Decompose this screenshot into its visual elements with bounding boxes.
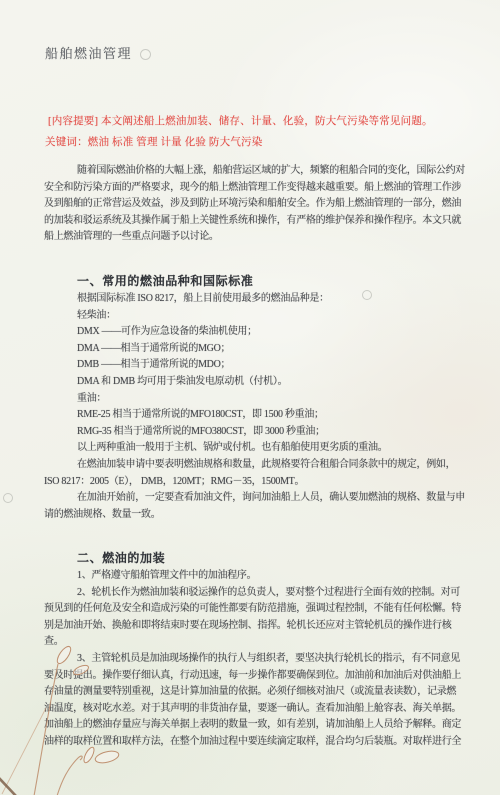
scan-ring-artifact (3, 493, 13, 503)
body-line: 请的燃油规格、数量一致。 (44, 507, 465, 524)
stem-icon (57, 756, 82, 795)
body-line: 在燃油加装申请中要表明燃油规格和数量，此规格要符合租船合同条款中的规定，例如， (44, 457, 465, 474)
section-fuel-types: 一、常用的燃油品种和国际标准 根据国际标准 ISO 8217，船上目前使用最多的… (44, 271, 465, 523)
body-line: DMB ——相当于通常所说的MDO； (44, 357, 465, 374)
abstract-keywords-block: [内容提要] 本文阐述船上燃油加装、储存、计量、化验，防大气污染等常见问题。 关… (45, 111, 433, 153)
keywords-line: 关键词：燃油 标准 管理 计量 化验 防大气污染 (45, 132, 433, 153)
intro-line: 及到船舶的正常营运及效益，涉及到防止环境污染和船舶安全。作为船上燃油管理的一部分… (44, 196, 465, 213)
body-line: DMA 和 DMB 均可用于柴油发电原动机（付机）。 (44, 374, 465, 391)
body-line: RME-25 相当于通常所说的MFO180CST，即 1500 秒重油； (44, 407, 465, 424)
intro-line: 船上燃油管理的一些重点问题予以讨论。 (44, 229, 465, 246)
stem-icon (34, 664, 58, 795)
intro-line: 的加装和驳运系统及其操作属于船上关键性系统和操作，有严格的维护保养和操作程序。本… (44, 213, 465, 230)
section1-heading: 一、常用的燃油品种和国际标准 (44, 271, 465, 291)
body-line: ISO 8217：2005（E）， DMB，120MT；RMG－35，1500M… (44, 474, 465, 491)
abstract-line: [内容提要] 本文阐述船上燃油加装、储存、计量、化验，防大气污染等常见问题。 (45, 111, 433, 132)
leaf-icon (55, 644, 73, 665)
body-line: 预见到的任何危及安全和造成污染的可能性都要有防范措施，强调过程控制，不能有任何松… (44, 601, 461, 618)
intro-paragraph: 随着国际燃油价格的大幅上涨，船舶营运区域的扩大，频繁的租船合同的变化，国际公约对… (44, 163, 465, 246)
body-line: 2、轮机长作为燃油加装和驳运操作的总负责人，要对整个过程进行全面有效的控制。对可 (44, 585, 461, 602)
leaf-icon (82, 746, 96, 764)
section2-heading: 二、燃油的加装 (44, 548, 461, 568)
body-line: 1、严格遵守船舶管理文件中的加油程序。 (44, 568, 461, 585)
page-title: 船舶燃油管理 (45, 43, 132, 62)
body-line: 在加油开始前，一定要查看加油文件，询问加油船上人员，确认要加燃油的规格、数量与申 (44, 490, 465, 507)
body-line: 轻柴油： (44, 308, 465, 325)
scan-ring-artifact (140, 49, 151, 60)
leaf-icon (94, 749, 120, 765)
body-line: DMA ——相当于通常所说的MGO； (44, 341, 465, 358)
body-line: 以上两种重油一般用于主机、锅炉或付机。也有船舶使用更劣质的重油。 (44, 440, 465, 457)
body-line: 重油： (44, 391, 465, 408)
body-line: 根据国际标准 ISO 8217，船上目前使用最多的燃油品种是： (44, 291, 465, 308)
branch-leaf-decoration (0, 630, 150, 795)
intro-line: 随着国际燃油价格的大幅上涨，船舶营运区域的扩大，频繁的租船合同的变化，国际公约对 (44, 163, 465, 180)
body-line: RMG-35 相当于通常所说的MFO380CST，即 3000 秒重油； (44, 424, 465, 441)
intro-line: 安全和防污染方面的严格要求，现今的船上燃油管理工作变得越来越重要。船上燃油的管理… (44, 180, 465, 197)
scanned-document-page: 船舶燃油管理 [内容提要] 本文阐述船上燃油加装、储存、计量、化验，防大气污染等… (0, 0, 500, 795)
body-line: DMX ——可作为应急设备的柴油机使用； (44, 324, 465, 341)
stem-icon (2, 708, 46, 794)
leaf-icon (72, 663, 90, 676)
